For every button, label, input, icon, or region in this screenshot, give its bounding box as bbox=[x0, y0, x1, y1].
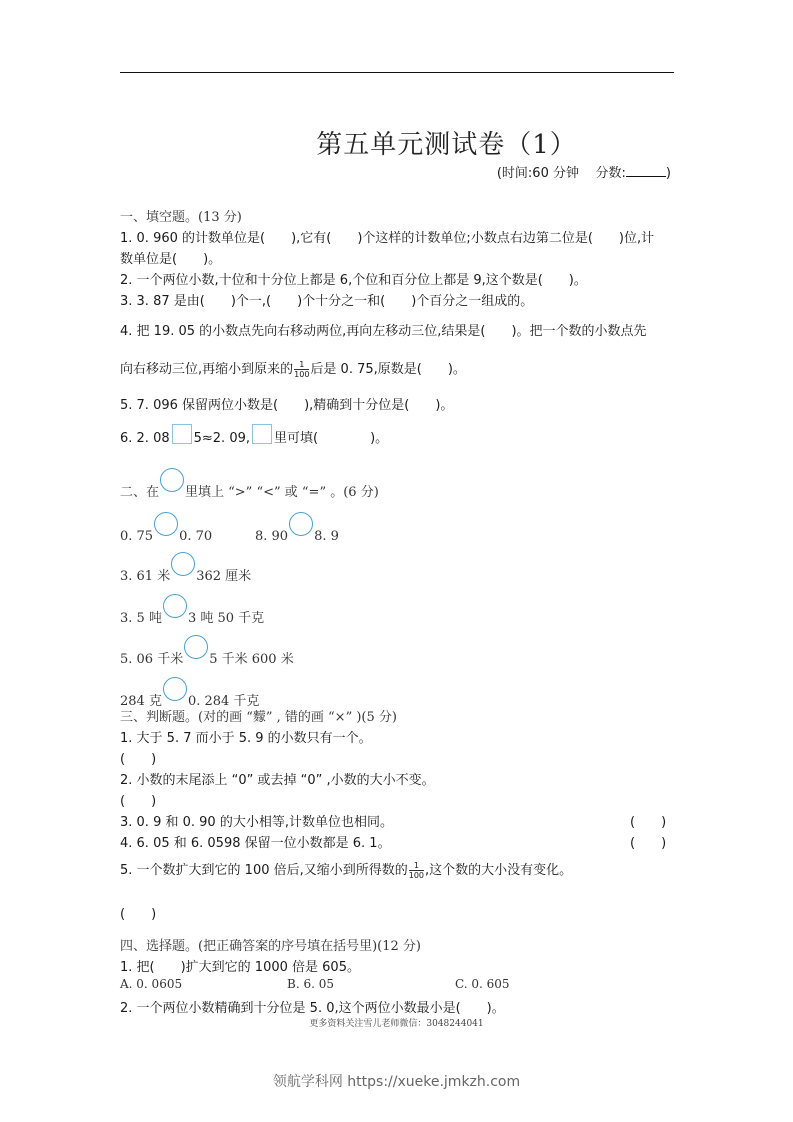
s1-q5: 5. 7. 096 保留两位小数是( ),精确到十分位是( )。 bbox=[120, 394, 453, 413]
s3-q5: 5. 一个数扩大到它的 100 倍后,又缩小到所得数的1100,这个数的大小没有… bbox=[120, 859, 572, 880]
frac-den: 100 bbox=[294, 370, 309, 379]
frac-num: 1 bbox=[409, 861, 424, 871]
s1-q6-b: 5≈2. 09, bbox=[194, 431, 250, 446]
fraction-one-hundredth: 1100 bbox=[409, 861, 424, 880]
square-blank-icon bbox=[252, 424, 272, 444]
section2-heading: 二、在里填上 “>” “<” 或 “=” 。(6 分) bbox=[120, 468, 379, 500]
s2-right: 8. 9 bbox=[314, 529, 339, 544]
s4-q1-option-b[interactable]: B. 6. 05 bbox=[287, 977, 334, 991]
s1-q1-line1: 1. 0. 960 的计数单位是( ),它有( )个这样的计数单位;小数点右边第… bbox=[120, 227, 654, 246]
meta-close: ) bbox=[666, 166, 671, 181]
s2-right: 0. 70 bbox=[179, 529, 212, 544]
s2-item-5: 5. 06 千米5 千米 600 米 bbox=[120, 635, 294, 667]
s1-q6-a: 6. 2. 08 bbox=[120, 431, 170, 446]
circle-blank-icon[interactable] bbox=[154, 512, 178, 536]
s2-item-4: 3. 5 吨3 吨 50 千克 bbox=[120, 594, 264, 626]
s3-q2-answer[interactable]: ( ) bbox=[120, 790, 156, 809]
s2-left: 3. 5 吨 bbox=[120, 611, 162, 626]
s1-q4-line1: 4. 把 19. 05 的小数点先向右移动两位,再向左移动三位,结果是( )。把… bbox=[120, 320, 647, 339]
s4-q1: 1. 把( )扩大到它的 1000 倍是 605。 bbox=[120, 956, 360, 975]
s3-q3-answer[interactable]: ( ) bbox=[630, 811, 666, 830]
s2-right: 3 吨 50 千克 bbox=[188, 611, 264, 626]
s2-right: 5 千米 600 米 bbox=[209, 652, 293, 667]
circle-blank-icon[interactable] bbox=[163, 677, 187, 701]
s3-q1-answer[interactable]: ( ) bbox=[120, 748, 156, 767]
section1-heading: 一、填空题。(13 分) bbox=[120, 206, 242, 225]
s4-q1-option-a[interactable]: A. 0. 0605 bbox=[120, 977, 182, 991]
frac-den: 100 bbox=[409, 871, 424, 880]
title-text: 第五单元测试卷（1） bbox=[316, 130, 577, 160]
circle-blank-icon bbox=[160, 468, 184, 492]
s2-left: 5. 06 千米 bbox=[120, 652, 183, 667]
s2-heading-a: 二、在 bbox=[120, 485, 159, 500]
footnote: 更多资料关注雪儿老师微信：3048244041 bbox=[0, 1016, 793, 1029]
s1-q4-line2-a: 向右移动三位,再缩小到原来的 bbox=[120, 362, 293, 377]
s2-left: 8. 90 bbox=[255, 529, 288, 544]
circle-blank-icon[interactable] bbox=[171, 552, 195, 576]
s1-q4-line2: 向右移动三位,再缩小到原来的1100后是 0. 75,原数是( )。 bbox=[120, 358, 466, 379]
section3-heading: 三、判断题。(对的画 “䵆” , 错的画 “×” )(5 分) bbox=[120, 706, 397, 725]
s1-q2: 2. 一个两位小数,十位和十分位上都是 6,个位和百分位上都是 9,这个数是( … bbox=[120, 269, 587, 288]
fraction-one-hundredth: 1100 bbox=[294, 360, 309, 379]
s2-item-1: 0. 750. 70 bbox=[120, 512, 212, 544]
s2-item-3: 3. 61 米362 厘米 bbox=[120, 552, 251, 584]
time-label: (时间:60 分钟 bbox=[497, 166, 579, 181]
s3-q1: 1. 大于 5. 7 而小于 5. 9 的小数只有一个。 bbox=[120, 727, 372, 746]
s2-right: 362 厘米 bbox=[196, 569, 251, 584]
s3-q4-answer[interactable]: ( ) bbox=[630, 832, 666, 851]
s2-heading-b: 里填上 “>” “<” 或 “=” 。(6 分) bbox=[185, 485, 379, 500]
header-rule bbox=[120, 72, 674, 73]
s3-q5-a: 5. 一个数扩大到它的 100 倍后,又缩小到所得数的 bbox=[120, 863, 408, 878]
circle-blank-icon[interactable] bbox=[289, 512, 313, 536]
s3-q5-b: ,这个数的大小没有变化。 bbox=[425, 863, 572, 878]
s4-q2: 2. 一个两位小数精确到十分位是 5. 0,这个两位小数最小是( )。 bbox=[120, 997, 505, 1016]
circle-blank-icon[interactable] bbox=[184, 635, 208, 659]
s1-q6-c: 里可填( )。 bbox=[274, 431, 388, 446]
s1-q1-line2: 数单位是( )。 bbox=[120, 248, 221, 267]
s2-left: 3. 61 米 bbox=[120, 569, 170, 584]
s3-q5-answer[interactable]: ( ) bbox=[120, 903, 156, 922]
square-blank-icon[interactable] bbox=[172, 424, 192, 444]
score-label: 分数: bbox=[596, 166, 626, 181]
s1-q6: 6. 2. 085≈2. 09,里可填( )。 bbox=[120, 424, 388, 446]
score-blank[interactable] bbox=[626, 164, 666, 177]
s3-q3: 3. 0. 9 和 0. 90 的大小相等,计数单位也相同。 bbox=[120, 811, 393, 830]
watermark: 领航学科网 https://xueke.jmkzh.com bbox=[0, 1071, 793, 1091]
frac-num: 1 bbox=[294, 360, 309, 370]
s1-q4-line2-b: 后是 0. 75,原数是( )。 bbox=[310, 362, 466, 377]
s1-q3: 3. 3. 87 是由( )个一,( )个十分之一和( )个百分之一组成的。 bbox=[120, 290, 533, 309]
s2-left: 0. 75 bbox=[120, 529, 153, 544]
page-title: 第五单元测试卷（1） bbox=[0, 124, 793, 161]
circle-blank-icon[interactable] bbox=[163, 594, 187, 618]
s2-item-6: 284 克0. 284 千克 bbox=[120, 677, 259, 709]
exam-meta: (时间:60 分钟 分数:) bbox=[497, 162, 671, 181]
s3-q2: 2. 小数的末尾添上 “0” 或去掉 “0” ,小数的大小不变。 bbox=[120, 769, 435, 788]
s2-item-2: 8. 908. 9 bbox=[255, 512, 339, 544]
s3-q4: 4. 6. 05 和 6. 0598 保留一位小数都是 6. 1。 bbox=[120, 832, 391, 851]
s4-q1-option-c[interactable]: C. 0. 605 bbox=[455, 977, 510, 991]
section4-heading: 四、选择题。(把正确答案的序号填在括号里)(12 分) bbox=[120, 935, 421, 954]
